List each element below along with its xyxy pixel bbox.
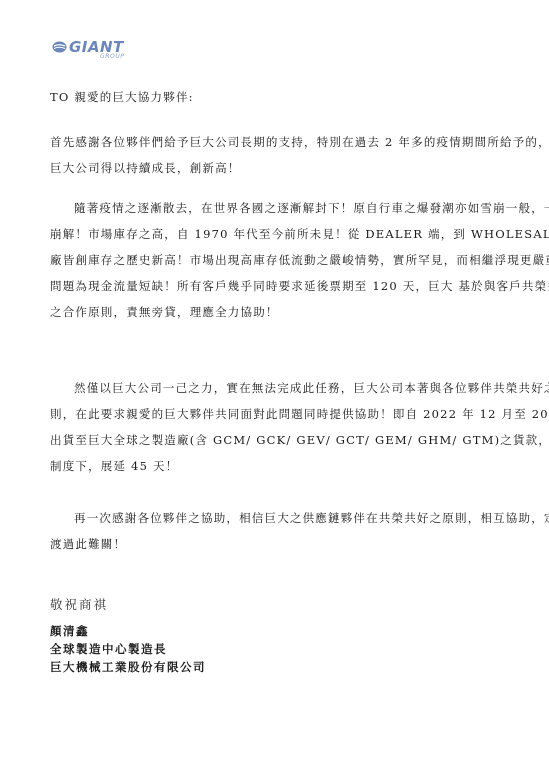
paragraph-line: 出貨至巨大全球之製造廠(含 GCM/ GCK/ GEV/ GCT/ GEM/ G… — [50, 427, 505, 453]
paragraph-line: 隨著疫情之逐漸散去，在世界各國之逐漸解封下！原自行車之爆發潮亦如雪崩一般，一夕 — [50, 195, 505, 221]
paragraph-line: 然僅以巨大公司一己之力，實在無法完成此任務，巨大公司本著與各位夥伴共榮共好之原 — [50, 375, 505, 401]
paragraph-line: 制度下，展延 45 天！ — [50, 453, 505, 479]
giant-swoosh-icon — [52, 41, 67, 53]
salutation: TO 親愛的巨大協力夥伴: — [50, 84, 505, 110]
paragraph-4: 再一次感謝各位夥伴之協助，相信巨大之供應鏈夥伴在共榮共好之原則，相互協助，定能 … — [50, 505, 505, 557]
paragraph-line: 渡過此難關！ — [50, 531, 505, 557]
signatory-company: 巨大機械工業股份有限公司 — [50, 658, 206, 676]
salutation-text: TO 親愛的巨大協力夥伴: — [50, 84, 505, 110]
paragraph-3: 然僅以巨大公司一己之力，實在無法完成此任務，巨大公司本著與各位夥伴共榮共好之原 … — [50, 375, 505, 479]
giant-group-logo: GIANT GROUP — [52, 38, 142, 62]
paragraph-line: 再一次感謝各位夥伴之協助，相信巨大之供應鏈夥伴在共榮共好之原則，相互協助，定能 — [50, 505, 505, 531]
signatory-title: 全球製造中心製造長 — [50, 640, 206, 658]
paragraph-line: 則，在此要求親愛的巨大夥伴共同面對此問題同時提供協助！即自 2022 年 12 … — [50, 401, 505, 427]
signatory-name: 顏清鑫 — [50, 622, 206, 640]
paragraph-line: 之合作原則，責無旁貸，理應全力協助！ — [50, 299, 505, 325]
paragraph-1: 首先感謝各位夥伴們給予巨大公司長期的支持，特別在過去 2 年多的疫情期間所給予的… — [50, 129, 505, 181]
paragraph-2: 隨著疫情之逐漸散去，在世界各國之逐漸解封下！原自行車之爆發潮亦如雪崩一般，一夕 … — [50, 195, 505, 325]
logo-subtext: GROUP — [100, 53, 125, 60]
paragraph-line: 廠皆創庫存之歷史新高！市場出現高庫存低流動之嚴峻情勢，實所罕見，而相繼浮現更嚴重… — [50, 247, 505, 273]
closing-phrase: 敬祝商祺 — [50, 595, 108, 613]
paragraph-line: 崩解！市場庫存之高，自 1970 年代至今前所未見！從 DEALER 端，到 W… — [50, 221, 505, 247]
letter-page: GIANT GROUP TO 親愛的巨大協力夥伴: 首先感謝各位夥伴們給予巨大公… — [0, 0, 549, 780]
paragraph-line: 巨大公司得以持續成長，創新高！ — [50, 155, 505, 181]
signature-block: 顏清鑫 全球製造中心製造長 巨大機械工業股份有限公司 — [50, 622, 206, 676]
paragraph-line: 首先感謝各位夥伴們給予巨大公司長期的支持，特別在過去 2 年多的疫情期間所給予的… — [50, 129, 505, 155]
paragraph-line: 問題為現金流量短缺！所有客戶幾乎同時要求延後票期至 120 天，巨大 基於與客戶… — [50, 273, 505, 299]
